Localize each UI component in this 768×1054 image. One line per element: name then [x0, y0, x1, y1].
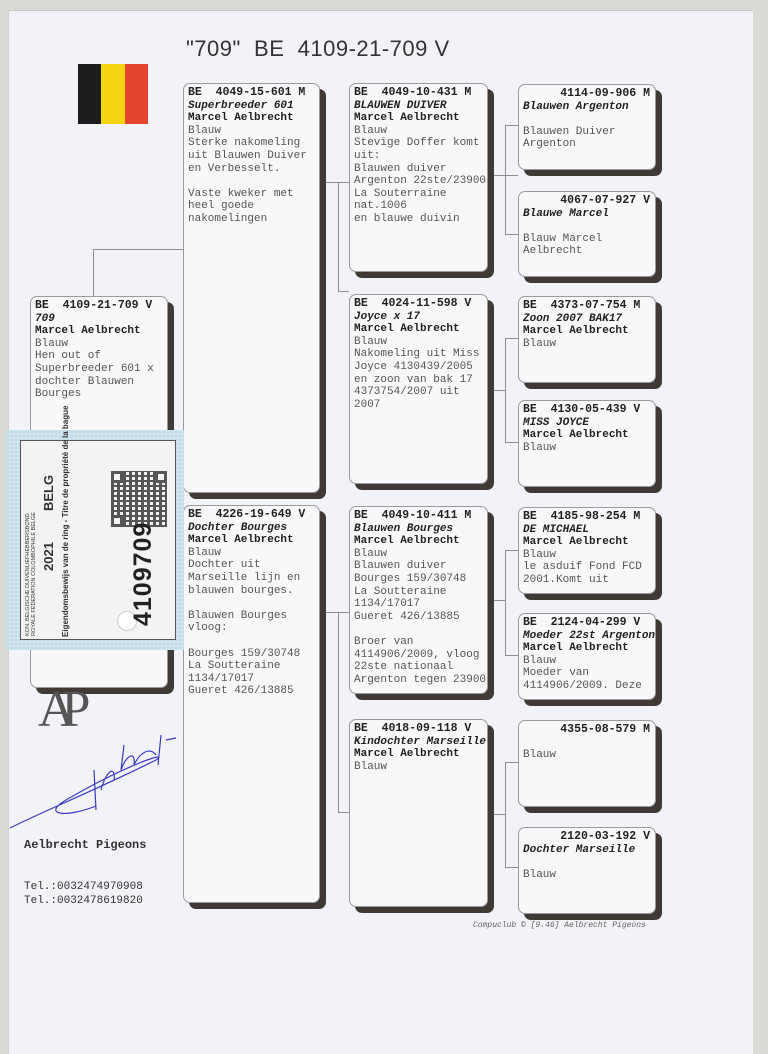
notes: Blauw: [523, 737, 652, 762]
page-title: "709" BE 4109-21-709 V: [186, 36, 450, 62]
owner: Marcel Aelbrecht: [354, 112, 484, 125]
connector-line: [505, 338, 518, 339]
color: Blauw: [354, 336, 484, 349]
pigeon-name: Superbreeder 601: [188, 100, 316, 113]
ring-number: BE 4049-10-411 M: [354, 510, 484, 523]
pigeon-card-sire-sire[interactable]: BE 4049-10-431 M BLAUWEN DUIVER Marcel A…: [349, 83, 488, 272]
connector-line: [320, 612, 349, 613]
pigeon-name: Zoon 2007 BAK17: [523, 313, 652, 326]
notes: Blauwen Duiver Argenton: [523, 113, 652, 151]
connector-line: [488, 390, 506, 391]
federation-fr: ROYALE FEDERATION COLOMBOPHILE BELGE: [31, 456, 37, 636]
notes: Dochter uit Marseille lijn en blauwen bo…: [188, 559, 316, 698]
connector-line: [505, 125, 506, 235]
owner: Marcel Aelbrecht: [523, 325, 652, 338]
ring-number: BE 4109-21-709 V: [35, 300, 164, 313]
owner: Marcel Aelbrecht: [354, 535, 484, 548]
ring-number: 4114-09-906 M: [523, 88, 652, 101]
ring-number-large: 4109709: [129, 522, 158, 626]
pigeon-card-sds[interactable]: BE 4373-07-754 M Zoon 2007 BAK17 Marcel …: [518, 296, 656, 383]
pigeon-card-ssd[interactable]: 4067-07-927 V Blauwe Marcel Blauw Marcel…: [518, 191, 656, 277]
notes: Hen out of Superbreeder 601 x dochter Bl…: [35, 350, 164, 400]
pigeon-card-ddd[interactable]: 2120-03-192 V Dochter Marseille Blauw: [518, 827, 656, 914]
ownership-text: Eigendomsbewijs van de ring - Titre de p…: [61, 406, 70, 637]
connector-line: [338, 182, 339, 292]
connector-line: [93, 249, 183, 250]
color: Blauw: [523, 338, 652, 351]
connector-line: [505, 762, 518, 763]
owner: Marcel Aelbrecht: [523, 429, 652, 442]
pigeon-card-sire[interactable]: BE 4049-15-601 M Superbreeder 601 Marcel…: [183, 83, 320, 493]
pigeon-card-dam-dam[interactable]: BE 4018-09-118 V Kindochter Marseille Ma…: [349, 719, 488, 907]
flag-stripe-yellow: [101, 64, 124, 124]
pigeon-name: Blauwe Marcel: [523, 208, 652, 221]
notes: Nakomeling uit Miss Joyce 4130439/2005 e…: [354, 348, 484, 411]
notes: Blauw: [523, 856, 652, 881]
ring-card-inner: KON. BELGISCHE DUIVENLIEFHEBBERSBOND ROY…: [20, 440, 176, 640]
connector-line: [505, 867, 518, 868]
owner: Marcel Aelbrecht: [188, 534, 316, 547]
connector-line: [505, 234, 518, 235]
ring-number: BE 2124-04-299 V: [523, 617, 652, 630]
flag-stripe-red: [125, 64, 148, 124]
ring-number: BE 4130-05-439 V: [523, 404, 652, 417]
connector-line: [505, 125, 518, 126]
ring-number: BE 4018-09-118 V: [354, 723, 484, 736]
connector-line: [505, 762, 506, 868]
owner: Marcel Aelbrecht: [35, 325, 164, 338]
notes: Moeder van 4114906/2009. Deze: [523, 667, 652, 692]
phone-1: Tel.:0032474970908: [24, 881, 143, 893]
owner: Marcel Aelbrecht: [523, 642, 652, 655]
pigeon-card-sire-dam[interactable]: BE 4024-11-598 V Joyce x 17 Marcel Aelbr…: [349, 294, 488, 484]
notes: Blauw Marcel Aelbrecht: [523, 220, 652, 258]
color: Blauw: [35, 338, 164, 351]
pigeon-card-dsd[interactable]: BE 2124-04-299 V Moeder 22st Argenton Ma…: [518, 613, 656, 700]
connector-line: [488, 175, 518, 176]
ring-country: BELG: [41, 475, 56, 511]
connector-line: [505, 550, 518, 551]
owner: Marcel Aelbrecht: [354, 323, 484, 336]
pigeon-name: Dochter Bourges: [188, 522, 316, 535]
color: Blauw: [354, 125, 484, 138]
pigeon-card-dss[interactable]: BE 4185-98-254 M DE MICHAEL Marcel Aelbr…: [518, 507, 656, 594]
pigeon-name: MISS JOYCE: [523, 417, 652, 430]
color: Blauw: [523, 549, 652, 562]
color: Blauw: [354, 548, 484, 561]
connector-line: [93, 249, 94, 297]
pigeon-name: Dochter Marseille: [523, 844, 652, 857]
pigeon-name: Moeder 22st Argenton: [523, 630, 652, 643]
connector-line: [338, 812, 349, 813]
notes: Blauwen duiver Bourges 159/30748 La Sout…: [354, 560, 484, 686]
pigeon-card-dds[interactable]: 4355-08-579 M Blauw: [518, 720, 656, 807]
color: Blauw: [188, 547, 316, 560]
color: Blauw: [354, 761, 484, 774]
pigeon-name: DE MICHAEL: [523, 524, 652, 537]
connector-line: [338, 291, 349, 292]
color: Blauw: [188, 125, 316, 138]
notes: le asduif Fond FCD 2001.Komt uit: [523, 561, 652, 586]
ring-number: BE 4185-98-254 M: [523, 511, 652, 524]
owner: Marcel Aelbrecht: [354, 748, 484, 761]
connector-line: [505, 655, 518, 656]
pigeon-card-dam-sire[interactable]: BE 4049-10-411 M Blauwen Bourges Marcel …: [349, 506, 488, 694]
notes: Stevige Doffer komt uit: Blauwen duiver …: [354, 137, 484, 225]
connector-line: [320, 182, 349, 183]
color: Blauw: [523, 655, 652, 668]
connector-line: [505, 550, 506, 656]
ring-number: 2120-03-192 V: [523, 831, 652, 844]
ring-number: 4355-08-579 M: [523, 724, 652, 737]
ring-number: BE 4373-07-754 M: [523, 300, 652, 313]
belgian-flag-icon: [78, 64, 148, 124]
pigeon-name: Kindochter Marseille: [354, 736, 484, 749]
owner: Marcel Aelbrecht: [523, 536, 652, 549]
ring-number: 4067-07-927 V: [523, 195, 652, 208]
breeder-name: Aelbrecht Pigeons: [24, 838, 146, 852]
pigeon-name: 709: [35, 313, 164, 326]
notes: Sterke nakomeling uit Blauwen Duiver en …: [188, 137, 316, 225]
ring-ownership-card: KON. BELGISCHE DUIVENLIEFHEBBERSBOND ROY…: [6, 430, 184, 650]
connector-line: [488, 814, 506, 815]
ring-year: 2021: [41, 542, 56, 571]
owner: Marcel Aelbrecht: [188, 112, 316, 125]
ring-number: BE 4024-11-598 V: [354, 298, 484, 311]
pigeon-name: Blauwen Bourges: [354, 523, 484, 536]
pigeon-card-dam[interactable]: BE 4226-19-649 V Dochter Bourges Marcel …: [183, 505, 320, 903]
pigeon-name: Blauwen Argenton: [523, 101, 652, 114]
connector-line: [505, 338, 506, 442]
ring-number: BE 4049-15-601 M: [188, 87, 316, 100]
color: Blauw: [523, 442, 652, 455]
pigeon-name: BLAUWEN DUIVER: [354, 100, 484, 113]
signature-icon: [6, 710, 186, 835]
pigeon-name: Joyce x 17: [354, 311, 484, 324]
pigeon-card-sss[interactable]: 4114-09-906 M Blauwen Argenton Blauwen D…: [518, 84, 656, 170]
connector-line: [338, 612, 339, 812]
connector-line: [488, 600, 506, 601]
ring-number: BE 4226-19-649 V: [188, 509, 316, 522]
phone-2: Tel.:0032478619820: [24, 895, 143, 907]
flag-stripe-black: [78, 64, 101, 124]
footer-credit: Compuclub © [9.46] Aelbrecht Pigeons: [473, 921, 646, 930]
connector-line: [505, 442, 518, 443]
ring-number: BE 4049-10-431 M: [354, 87, 484, 100]
qr-code-icon: [111, 471, 167, 527]
pigeon-card-sdd[interactable]: BE 4130-05-439 V MISS JOYCE Marcel Aelbr…: [518, 400, 656, 487]
